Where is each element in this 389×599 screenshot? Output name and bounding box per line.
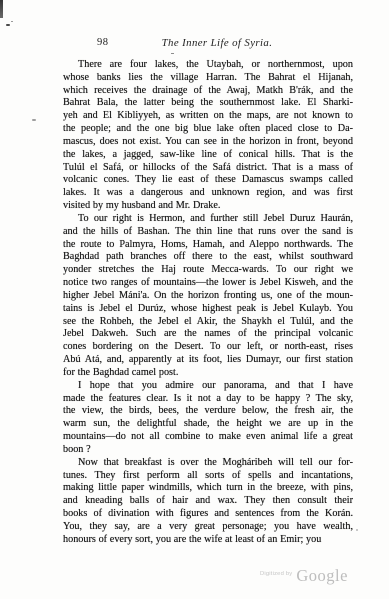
text-line: tunes. They first perform all sorts of s…: [63, 470, 353, 483]
text-line: the people; and the one big blue lake of…: [63, 123, 353, 136]
digitized-by-label: Digitized by: [260, 571, 292, 577]
text-line: making little paper windmills, which tur…: [63, 482, 353, 495]
text-line: whose banks lies the village Harran. The…: [63, 72, 353, 85]
text-line: books of divination with figures and sen…: [63, 508, 353, 521]
text-line: Baghdad path branches off there to the e…: [63, 251, 353, 264]
text-line: tains is Jebel el Durúz, whose highest p…: [63, 303, 353, 316]
text-line: visited by my husband and Mr. Drake.: [63, 200, 353, 213]
text-line: Jebel Dakweh. Such are the names of the …: [63, 328, 353, 341]
text-line: There are four lakes, the Utaybah, or no…: [63, 59, 353, 72]
text-line: higher Jebel Máni'a. On the horizon fron…: [63, 290, 353, 303]
text-line: You, they say, are a very great personag…: [63, 521, 353, 534]
text-line: volcanic cones. They lie east of these D…: [63, 174, 353, 187]
text-line: yonder stretches the Haj route Mecca-war…: [63, 264, 353, 277]
text-line: I hope that you admire our panorama, and…: [63, 380, 353, 393]
text-line: notice two ranges of mountains—the lower…: [63, 277, 353, 290]
text-line: Tulúl el Safá, or hillocks of the Safá d…: [63, 162, 353, 175]
text-line: the lakes, a jagged, saw-like line of co…: [63, 149, 353, 162]
text-line: mountains—do not all combine to make eve…: [63, 431, 353, 444]
text-line: and the hills of Bashan. The thin line t…: [63, 226, 353, 239]
running-title: The Inner Life of Syria.: [72, 37, 362, 49]
scan-speck: [6, 24, 10, 26]
text-line: the view, the birds, bees, the verdure b…: [63, 405, 353, 418]
scanned-book-page: 98 The Inner Life of Syria. There are fo…: [0, 0, 389, 599]
text-line: Now that breakfast is over the Mogháribe…: [63, 457, 353, 470]
text-line: To our right is Hermon, and further stil…: [63, 213, 353, 226]
text-line: made the features clear. Is it not a day…: [63, 393, 353, 406]
paragraph: I hope that you admire our panorama, and…: [63, 380, 353, 457]
scan-speck: [32, 119, 36, 121]
running-header: 98 The Inner Life of Syria.: [63, 37, 353, 52]
text-line: warm sun, the delightful shade, the heig…: [63, 418, 353, 431]
scan-speck: [356, 529, 358, 531]
body-text: There are four lakes, the Utaybah, or no…: [63, 59, 353, 546]
text-line: cones bordering on the Desert. To our le…: [63, 341, 353, 354]
scan-edge-artifact: [0, 0, 3, 18]
text-line: lakes. It was a dangerous and unknown re…: [63, 187, 353, 200]
text-line: Bahrat Bala, the latter being the southe…: [63, 97, 353, 110]
text-line: Abú Atá, and, apparently at its foot, li…: [63, 354, 353, 367]
paragraph: Now that breakfast is over the Mogháribe…: [63, 457, 353, 547]
text-line: for the Baghdad camel post.: [63, 367, 353, 380]
text-line: and kneading balls of hair and wax. They…: [63, 495, 353, 508]
text-line: boon ?: [63, 444, 353, 457]
paragraph: There are four lakes, the Utaybah, or no…: [63, 59, 353, 213]
text-line: mascus, does not exist. You can see in t…: [63, 136, 353, 149]
paragraph: To our right is Hermon, and further stil…: [63, 213, 353, 380]
text-line: honours of every sort, you are the wife …: [63, 534, 353, 547]
google-logo: Google: [296, 566, 348, 585]
scan-speck: [11, 21, 13, 22]
text-line: the route to Palmyra, Homs, Hamah, and A…: [63, 239, 353, 252]
digitized-by-google-watermark: Digitized by Google: [260, 566, 370, 588]
text-line: yeh and El Kibliyyeh, as written on the …: [63, 110, 353, 123]
text-line: which receives the drainage of the Awaj,…: [63, 85, 353, 98]
text-line: see the Rohbeh, the Jebel el Akir, the S…: [63, 316, 353, 329]
scan-speck: [171, 53, 174, 54]
